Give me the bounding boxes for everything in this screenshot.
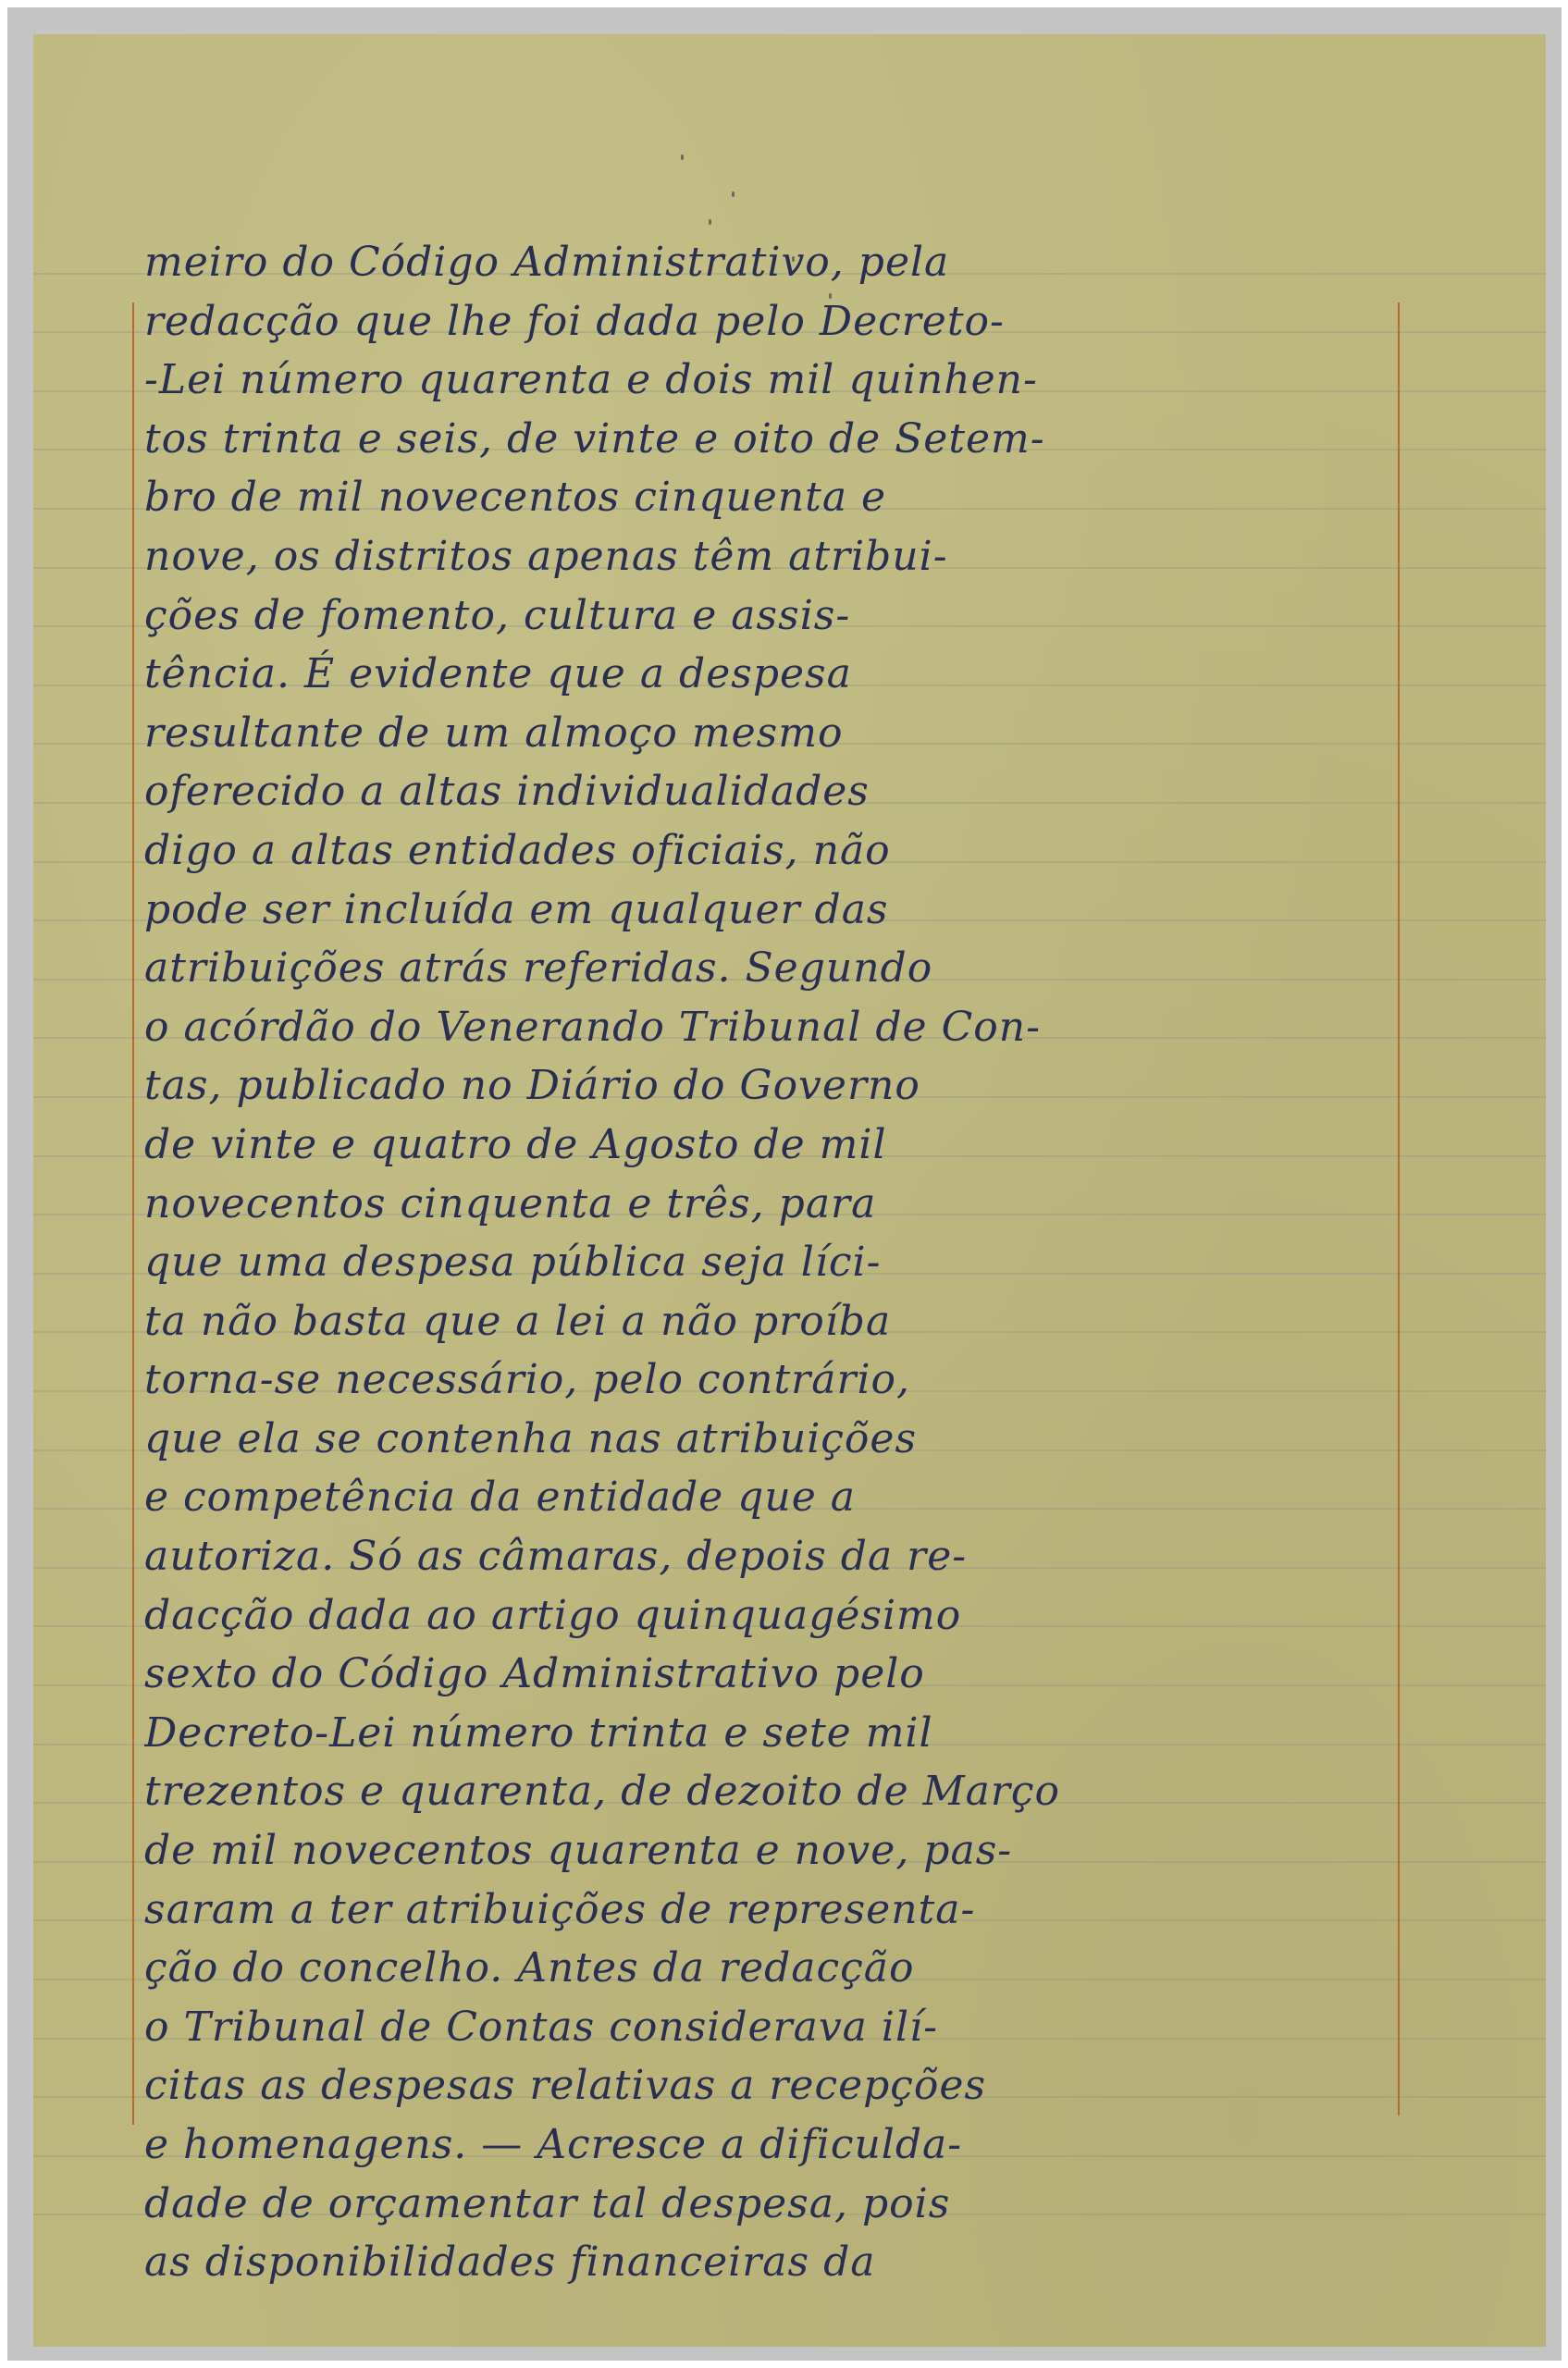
text-line: de vinte e quatro de Agosto de mil bbox=[144, 1116, 1412, 1175]
text-line: de mil novecentos quarenta e nove, pas- bbox=[144, 1821, 1412, 1881]
text-line: o Tribunal de Contas considerava ilí- bbox=[144, 1998, 1412, 2057]
text-line: ções de fomento, cultura e assis- bbox=[144, 586, 1412, 646]
ink-speck bbox=[709, 219, 711, 225]
text-line: tas, publicado no Diário do Governo bbox=[144, 1056, 1412, 1116]
text-line: o acórdão do Venerando Tribunal de Con- bbox=[144, 998, 1412, 1057]
text-line: as disponibilidades financeiras da bbox=[144, 2233, 1412, 2292]
text-line: tos trinta e seis, de vinte e oito de Se… bbox=[144, 410, 1412, 469]
text-line: e competência da entidade que a bbox=[144, 1468, 1412, 1527]
ruled-paper-sheet: meiro do Código Administrativo, pela red… bbox=[33, 34, 1546, 2347]
text-line: trezentos e quarenta, de dezoito de Març… bbox=[144, 1762, 1412, 1821]
text-line: que uma despesa pública seja líci- bbox=[144, 1233, 1412, 1292]
text-line: autoriza. Só as câmaras, depois da re- bbox=[144, 1527, 1412, 1586]
text-line: ção do concelho. Antes da redacção bbox=[144, 1939, 1412, 1998]
left-margin-line bbox=[132, 302, 134, 2125]
text-line: dacção dada ao artigo quinquagésimo bbox=[144, 1586, 1412, 1646]
text-line: saram a ter atribuições de representa- bbox=[144, 1881, 1412, 1940]
text-line: tência. É evidente que a despesa bbox=[144, 645, 1412, 704]
text-line: -Lei número quarenta e dois mil quinhen- bbox=[144, 351, 1412, 410]
text-line: digo a altas entidades oficiais, não bbox=[144, 821, 1412, 881]
ink-speck bbox=[732, 191, 735, 197]
text-line: citas as despesas relativas a recepções bbox=[144, 2056, 1412, 2115]
text-line: meiro do Código Administrativo, pela bbox=[144, 233, 1412, 292]
scan-frame: meiro do Código Administrativo, pela red… bbox=[7, 7, 1562, 2361]
text-line: redacção que lhe foi dada pelo Decreto- bbox=[144, 292, 1412, 351]
text-line: nove, os distritos apenas têm atribui- bbox=[144, 527, 1412, 586]
text-line: pode ser incluída em qualquer das bbox=[144, 881, 1412, 940]
text-line: ta não basta que a lei a não proíba bbox=[144, 1292, 1412, 1351]
handwritten-text: meiro do Código Administrativo, pela red… bbox=[144, 233, 1412, 2292]
text-line: resultante de um almoço mesmo bbox=[144, 704, 1412, 763]
text-line: torna-se necessário, pelo contrário, bbox=[144, 1350, 1412, 1410]
text-line: dade de orçamentar tal despesa, pois bbox=[144, 2175, 1412, 2234]
text-line: atribuições atrás referidas. Segundo bbox=[144, 939, 1412, 998]
text-line: sexto do Código Administrativo pelo bbox=[144, 1645, 1412, 1704]
text-line: e homenagens. — Acresce a dificulda- bbox=[144, 2115, 1412, 2175]
text-line: bro de mil novecentos cinquenta e bbox=[144, 468, 1412, 527]
text-line: oferecido a altas individualidades bbox=[144, 762, 1412, 821]
ink-speck bbox=[681, 154, 684, 160]
text-line: novecentos cinquenta e três, para bbox=[144, 1175, 1412, 1234]
text-line: que ela se contenha nas atribuições bbox=[144, 1410, 1412, 1469]
text-line: Decreto-Lei número trinta e sete mil bbox=[144, 1704, 1412, 1763]
